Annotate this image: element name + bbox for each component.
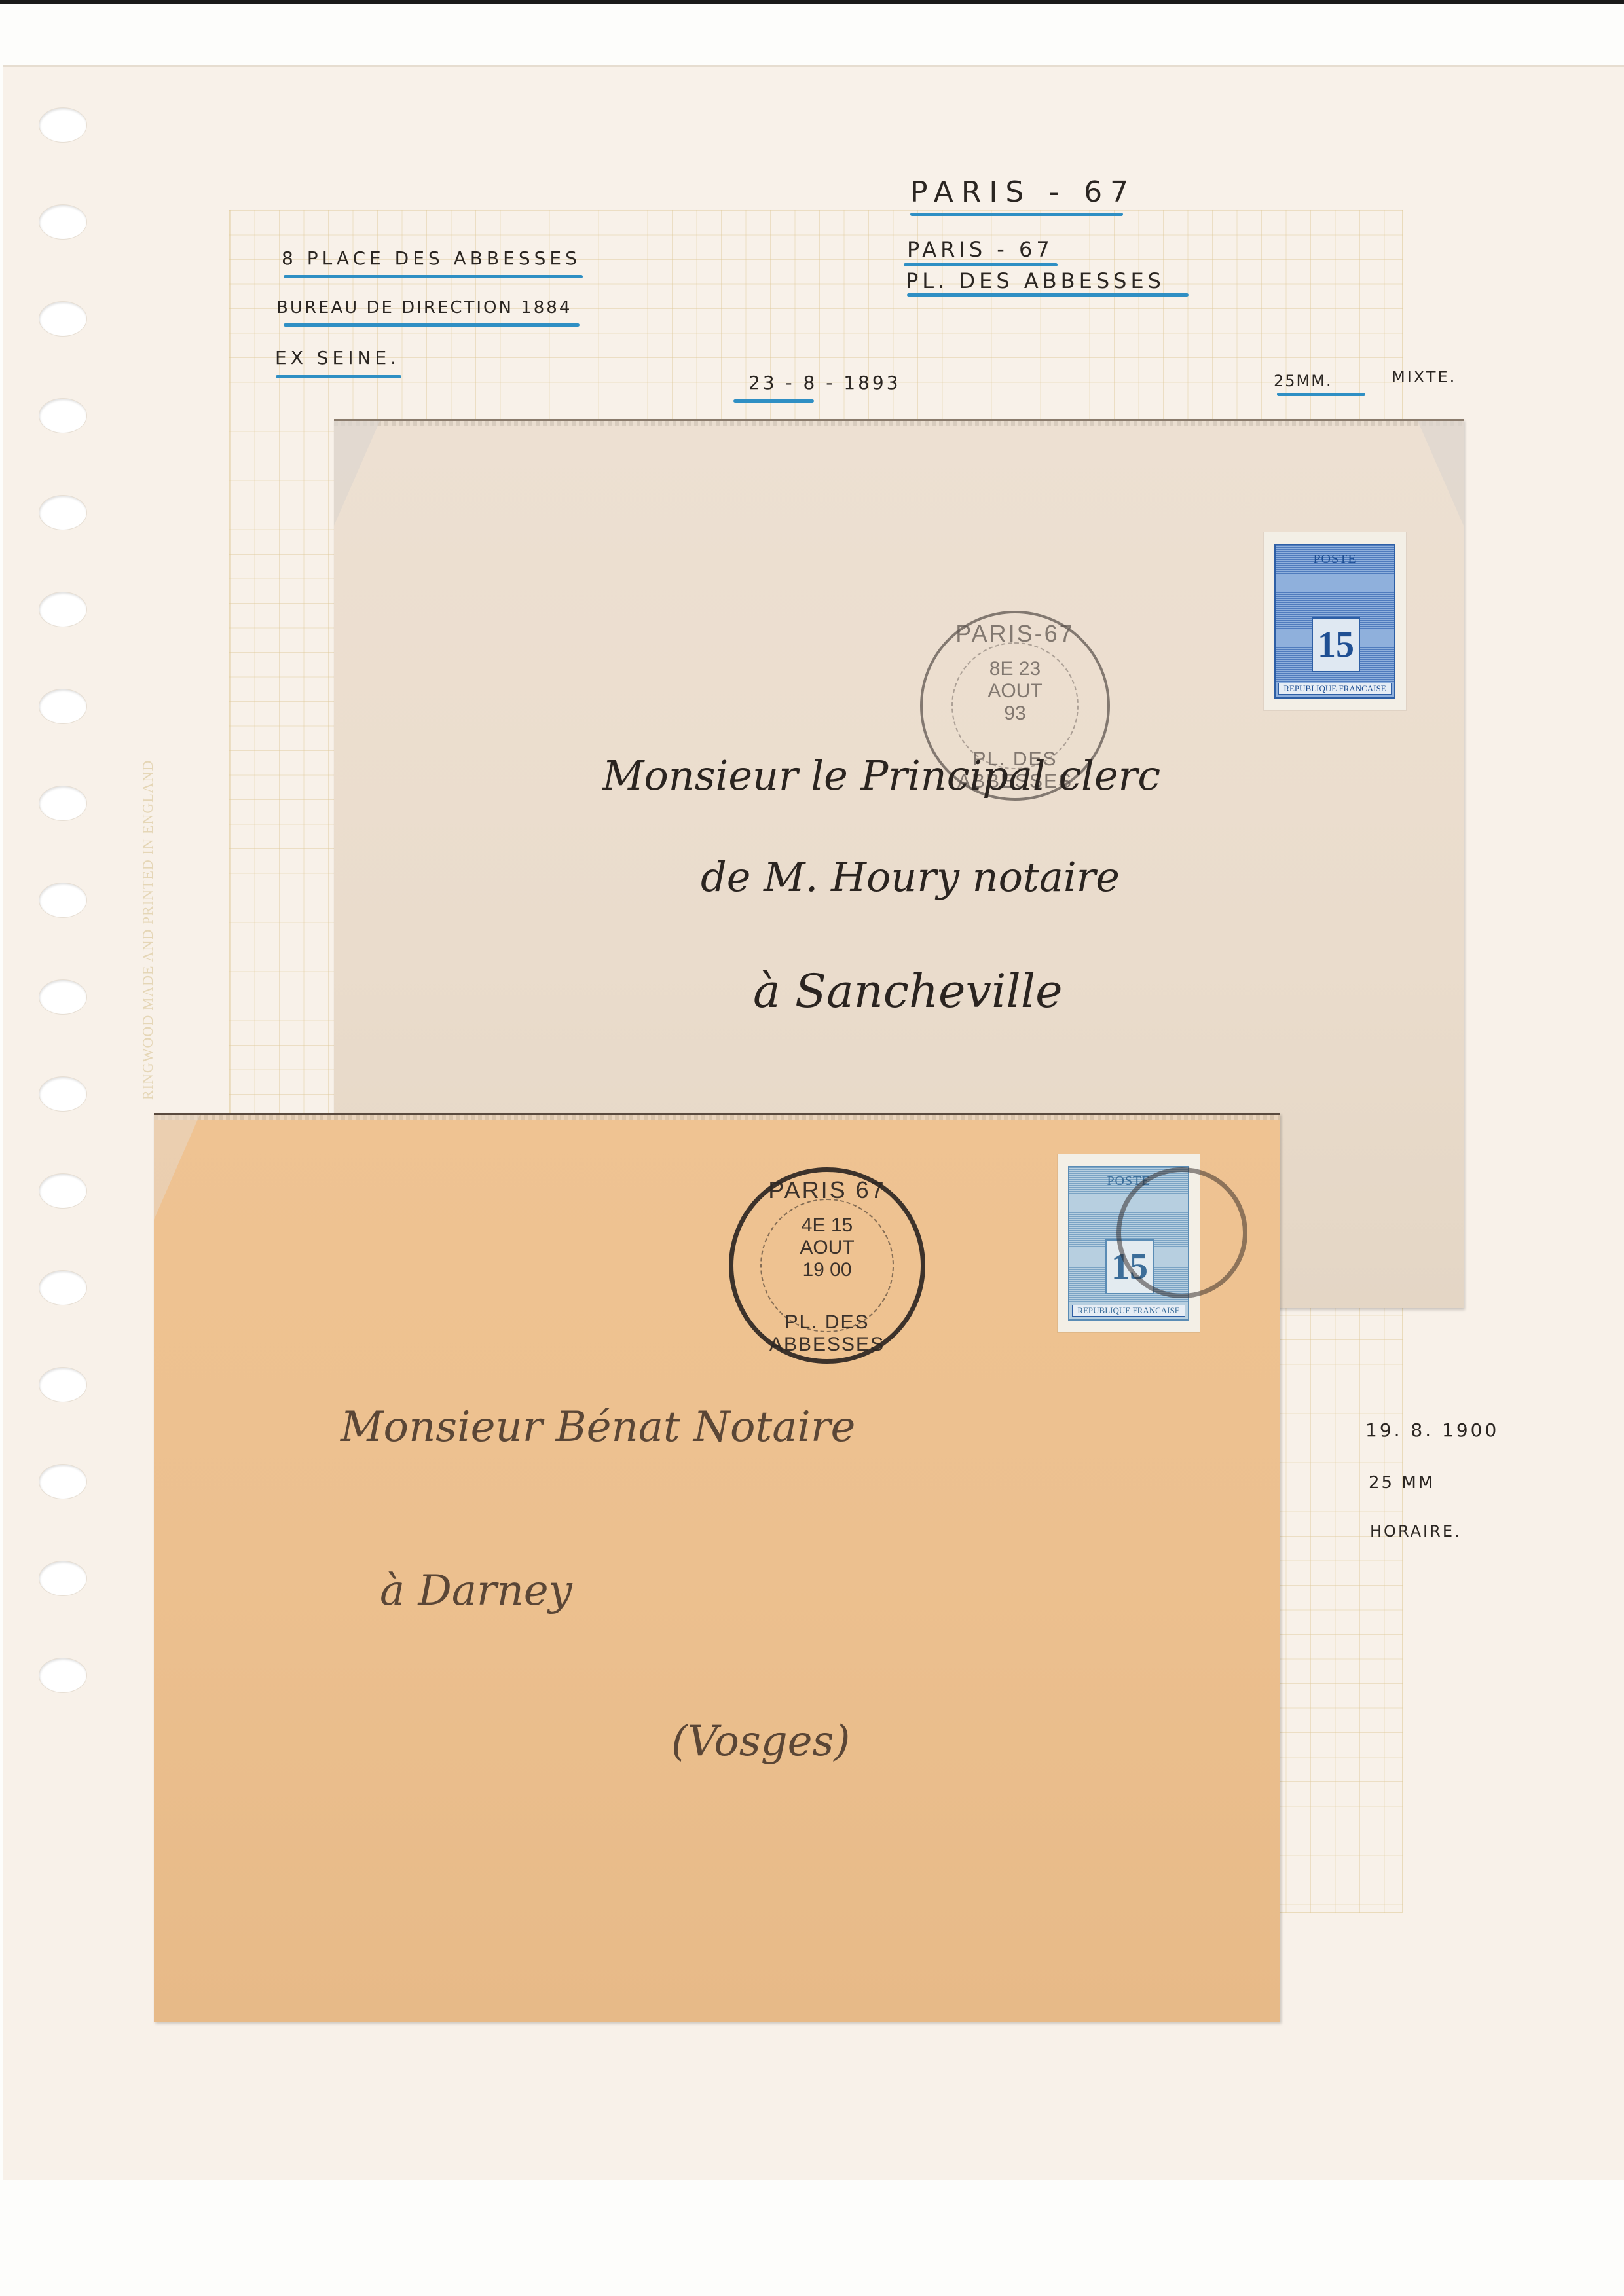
binder-hole (39, 786, 86, 820)
envelope-1900: POSTE 15 REPUBLIQUE FRANCAISE PARIS 67 4… (154, 1113, 1280, 2022)
binder-hole (39, 302, 86, 336)
address-line-1: Monsieur Bénat Notaire (341, 1403, 855, 1451)
binder-hole (39, 592, 86, 627)
stamp-value: 15 (1312, 617, 1360, 672)
underline (284, 275, 583, 278)
cancel-type-line1: PARIS - 67 (907, 237, 1054, 262)
postmark-date: 4E 15 AOUT 19 00 (729, 1214, 925, 1281)
underline (276, 375, 401, 378)
binder-hole (39, 399, 86, 433)
stamp-label: POSTE (1276, 552, 1394, 567)
address-line-2: de M. Houry notaire (701, 853, 1120, 901)
cover2-die-size: 25 MM (1369, 1473, 1435, 1493)
postmark-partial (1116, 1167, 1247, 1298)
postmark-office: PARIS-67 (920, 620, 1110, 647)
binder-hole (39, 1561, 86, 1595)
binder-hole (39, 883, 86, 917)
cover1-cancel-type: MIXTE. (1392, 368, 1456, 386)
torn-edge (154, 1115, 1280, 1120)
underline (733, 399, 814, 403)
binder-hole (39, 1368, 86, 1402)
binder-hole (39, 1271, 86, 1305)
stamp-country: REPUBLIQUE FRANCAISE (1278, 683, 1392, 695)
binder-hole (39, 496, 86, 530)
address-line-2: à Darney (380, 1567, 572, 1615)
dept-note: EX SEINE. (275, 347, 400, 369)
page-heading: PARIS - 67 (910, 175, 1136, 209)
photo-corner (1418, 421, 1464, 526)
cover1-date: 23 - 8 - 1893 (748, 372, 901, 393)
binder-hole (39, 108, 86, 142)
address-line-3: (Vosges) (671, 1717, 850, 1766)
postmark-office: PARIS 67 (729, 1176, 925, 1204)
binder-hole (39, 1465, 86, 1499)
page-imprint: RINGWOOD MADE AND PRINTED IN ENGLAND (139, 760, 157, 1100)
cancel-type-line2: PL. DES ABBESSES (906, 268, 1165, 293)
binder-hole (39, 1174, 86, 1208)
postmark-1900: PARIS 67 4E 15 AOUT 19 00 PL. DES ABBESS… (729, 1167, 925, 1364)
photo-corner (154, 1115, 200, 1220)
underline (910, 213, 1123, 216)
underline (284, 323, 580, 327)
perforation-line (64, 65, 64, 2180)
underline (907, 293, 1189, 297)
address-note: 8 PLACE DES ABBESSES (282, 247, 581, 269)
stamp-country: REPUBLIQUE FRANCAISE (1072, 1305, 1185, 1317)
stamp-sage-15c: POSTE 15 REPUBLIQUE FRANCAISE (1264, 532, 1406, 710)
postmark-location: PL. DES ABBESSES (729, 1311, 925, 1356)
scan-background (0, 2180, 1624, 2296)
photo-corner (334, 421, 380, 526)
binder-hole (39, 205, 86, 239)
address-line-3: à Sancheville (753, 964, 1063, 1018)
address-line-1: Monsieur le Principal clerc (602, 752, 1160, 799)
underline (904, 263, 1058, 266)
binder-hole (39, 1658, 86, 1692)
scan-edge (0, 0, 1624, 4)
cover1-die-size: 25MM. (1274, 372, 1333, 390)
binder-hole (39, 689, 86, 723)
cover2-date: 19. 8. 1900 (1365, 1419, 1499, 1441)
binder-hole (39, 1077, 86, 1111)
postmark-date: 8E 23 AOUT 93 (920, 658, 1110, 725)
torn-edge (334, 421, 1464, 426)
binder-hole (39, 980, 86, 1014)
cover2-cancel-type: HORAIRE. (1370, 1522, 1462, 1540)
office-note: BUREAU DE DIRECTION 1884 (276, 298, 572, 318)
